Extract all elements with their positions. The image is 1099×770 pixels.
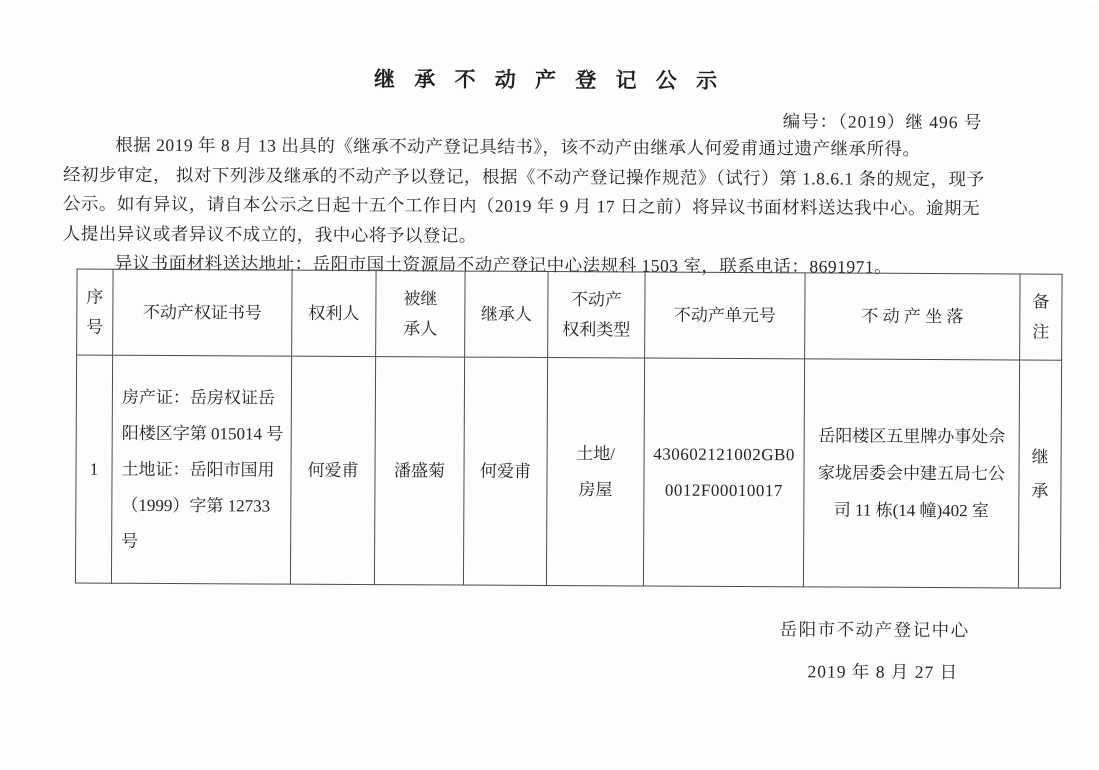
col-header-heir: 继承人 — [465, 271, 548, 357]
col-header-certificate-no: 不动产权证书号 — [113, 269, 292, 356]
cell-right-holder: 何爱甫 — [290, 356, 375, 584]
cell-location: 岳阳楼区五里牌办事处佘 家垅居委会中建五局七公 司 11 栋(14 幢)402 … — [803, 359, 1019, 588]
cell-seq: 1 — [75, 355, 112, 583]
issuer-name: 岳阳市不动产登记中心 — [780, 616, 970, 642]
col-header-decedent: 被继 承人 — [376, 271, 465, 357]
body-line-3: 公示。如有异议，请自本公示之日起十五个工作日内（2019 年 9 月 17 日之… — [63, 189, 1053, 224]
cell-certificate-no: 房产证：岳房权证岳阳楼区字第 015014 号 土地证：岳阳市国用（1999）字… — [111, 355, 291, 584]
certificate-house: 房产证：岳房权证岳阳楼区字第 015014 号 — [122, 379, 285, 452]
issue-date: 2019 年 8 月 27 日 — [807, 658, 958, 684]
cell-heir: 何爱甫 — [463, 357, 547, 585]
col-header-right-holder: 权利人 — [292, 270, 376, 356]
registration-table: 序 号 不动产权证书号 权利人 被继 承人 继承人 不动产 权利类型 不动产单元… — [75, 269, 1063, 589]
doc-number: 编号：（2019）继 496 号 — [783, 108, 983, 134]
col-header-right-type: 不动产 权利类型 — [548, 271, 645, 358]
table-header-row: 序 号 不动产权证书号 权利人 被继 承人 继承人 不动产 权利类型 不动产单元… — [77, 269, 1062, 360]
table-row: 1 房产证：岳房权证岳阳楼区字第 015014 号 土地证：岳阳市国用（1999… — [75, 355, 1061, 588]
cell-decedent: 潘盛菊 — [374, 357, 464, 585]
certificate-land: 土地证：岳阳市国用（1999）字第 12733 号 — [121, 451, 285, 560]
notice-body: 根据 2019 年 8 月 13 出具的《继承不动产登记具结书》，该不动产由继承… — [63, 130, 1054, 283]
col-header-unit-number: 不动产单元号 — [645, 272, 805, 359]
cell-unit-number: 430602121002GB0 0012F00010017 — [643, 358, 804, 587]
scanned-notice-page: 继 承 不 动 产 登 记 公 示 编号：（2019）继 496 号 根据 20… — [0, 0, 1099, 770]
cell-remark: 继 承 — [1018, 360, 1061, 588]
col-header-remark: 备 注 — [1020, 274, 1062, 360]
body-line-1: 根据 2019 年 8 月 13 出具的《继承不动产登记具结书》，该不动产由继承… — [63, 130, 1053, 165]
page-title: 继 承 不 动 产 登 记 公 示 — [0, 61, 1099, 97]
cell-right-type: 土地/ 房屋 — [546, 357, 644, 586]
col-header-location: 不 动 产 坐 落 — [805, 273, 1020, 360]
col-header-seq: 序 号 — [77, 269, 113, 355]
